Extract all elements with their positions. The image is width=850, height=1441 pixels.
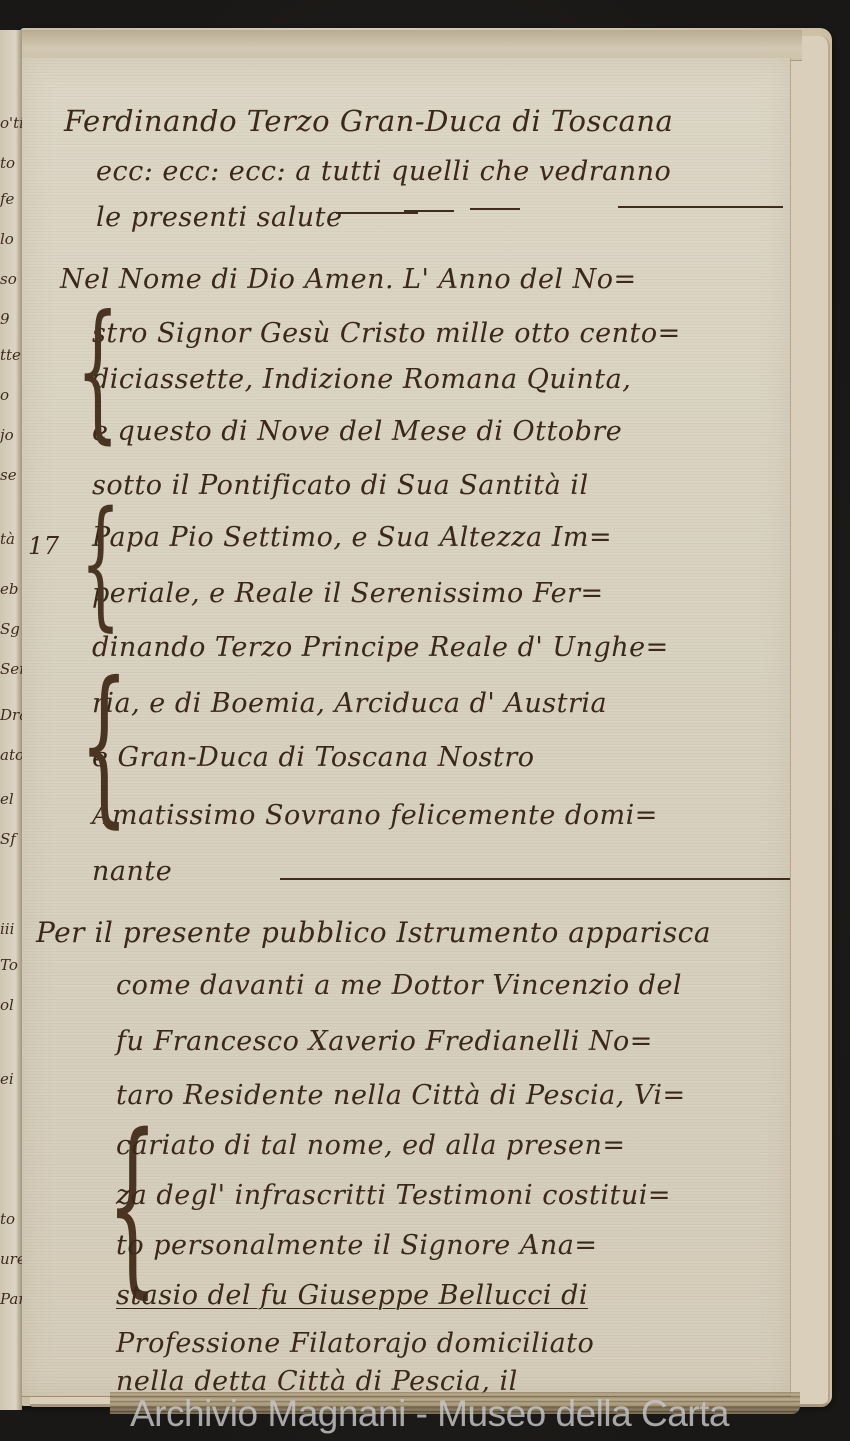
margin-fragment: se [0,466,17,484]
margin-fragment: o [0,386,9,404]
margin-number: 17 [28,532,60,560]
margin-fragment: Dra [0,706,22,724]
body-line: za degl' infrascritti Testimoni costitui… [116,1180,671,1211]
margin-fragment: eb [0,580,18,598]
margin-fragment: 9 [0,310,10,328]
margin-fragment: lo [0,230,14,248]
heading-line-1: Ferdinando Terzo Gran-Duca di Toscana [64,104,673,138]
margin-fragment: ato [0,746,22,764]
body-line: ria, e di Boemia, Arciduca d' Austria [92,688,607,719]
body-line: Per il presente pubblico Istrumento appa… [36,916,711,949]
body-line: come davanti a me Dottor Vincenzio del [116,970,682,1001]
archive-watermark: Archivio Magnani - Museo della Carta [130,1393,729,1435]
body-line: e Gran-Duca di Toscana Nostro [92,742,535,773]
torn-top-edge [22,30,802,61]
heading-line-3: le presenti salute [96,202,342,233]
body-line: cariato di tal nome, ed alla presen= [116,1130,626,1161]
margin-fragment: tte [0,346,21,364]
heading-dash [470,208,520,210]
body-line: e questo di Nove del Mese di Ottobre [92,416,622,447]
margin-fragment: ei [0,1070,14,1088]
margin-fragment: jo [0,426,14,444]
body-line-underlined-name: stasio del fu Giuseppe Bellucci di [116,1280,588,1311]
body-line: fu Francesco Xaverio Fredianelli No= [116,1026,653,1057]
margin-fragment: Sen [0,660,22,678]
margin-fragment: tà [0,530,15,548]
heading-dash [336,212,418,214]
margin-fragment: so [0,270,17,288]
margin-fragment: To [0,956,18,974]
heading-dash [404,210,454,212]
margin-fragment: ol [0,996,14,1014]
margin-fragment: Pari [0,1290,22,1308]
body-line: to personalmente il Signore Ana= [116,1230,597,1261]
body-line: stro Signor Gesù Cristo mille otto cento… [92,318,681,349]
body-line: diciassette, Indizione Romana Quinta, [92,364,631,395]
margin-fragment: iii [0,920,14,938]
body-line: Papa Pio Settimo, e Sua Altezza Im= [92,522,612,553]
heading-line-2: ecc: ecc: ecc: a tutti quelli che vedran… [96,156,671,187]
body-line: Amatissimo Sovrano felicemente domi= [92,800,658,831]
previous-page-edge: o'ti to fe lo so 9 tte o jo se tà eb Sg … [0,30,22,1410]
margin-fragment: to [0,154,15,172]
line-filler-rule [280,878,790,880]
heading-dash [618,206,783,208]
margin-fragment: to [0,1210,15,1228]
margin-fragment: Sg [0,620,20,638]
body-line: dinando Terzo Principe Reale d' Unghe= [92,632,669,663]
margin-brace: { [76,296,119,446]
body-line: Professione Filatorajo domiciliato [116,1328,594,1359]
body-line: periale, e Reale il Serenissimo Fer= [92,578,604,609]
margin-fragment: Sf [0,830,16,848]
body-line: Nel Nome di Dio Amen. L' Anno del No= [60,264,637,295]
body-line: taro Residente nella Città di Pescia, Vi… [116,1080,686,1111]
margin-brace: { [80,494,120,634]
body-line: nante [92,856,172,887]
margin-brace: { [80,660,129,830]
margin-fragment: el [0,790,14,808]
margin-fragment: fe [0,190,14,208]
margin-fragment: o'ti [0,114,22,132]
body-line: sotto il Pontificato di Sua Santità il [92,470,589,501]
margin-fragment: ure [0,1250,22,1268]
